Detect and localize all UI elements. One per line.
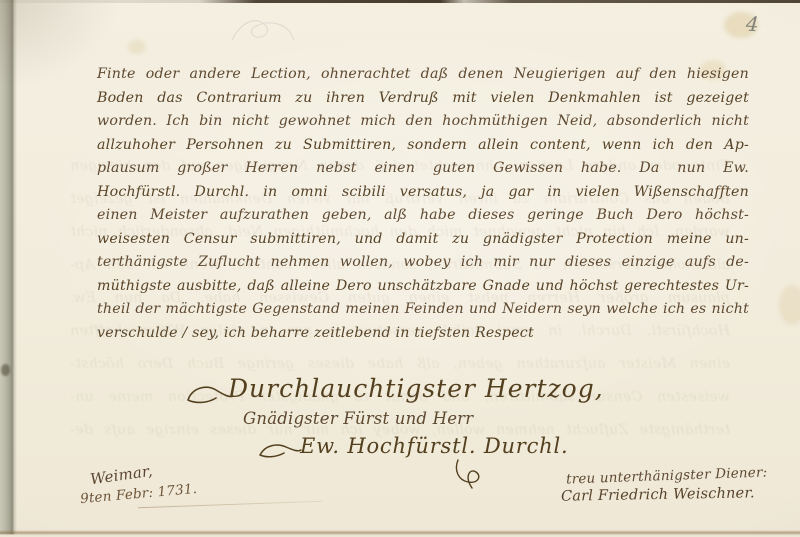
letter-line: Boden das Contrarium zu ihren Verdruß mi… [97, 87, 749, 111]
letter-line: verschulde / sey, ich beharre zeitlebend… [97, 322, 749, 346]
page-number: 4 [745, 12, 759, 37]
letter-line: müthigste ausbitte, daß alleine Dero uns… [97, 275, 749, 299]
letter-body: Finte oder andere Lection, ohnerachtet d… [97, 63, 749, 345]
signature-name: Carl Friedrich Weischner. [561, 485, 755, 504]
letter-line: Hochfürstl. Durchl. in omni scibili vers… [97, 181, 749, 205]
dateline-flourish-rule [138, 501, 323, 508]
page-top-edge [0, 0, 800, 3]
letter-line: allzuhoher Persohnen zu Submittiren, son… [97, 134, 749, 158]
calligraphic-swash [186, 384, 234, 406]
letter-line: theil der mächtigste Gegenstand meinen F… [97, 298, 749, 322]
foxing-stain [128, 40, 146, 54]
pencil-scribble [228, 14, 298, 44]
edge-speck [1, 364, 10, 376]
letter-line: plausum großer Herren nebst einen guten … [97, 157, 749, 181]
closing-salutation: Durchlauchtigster Hertzog, [228, 374, 604, 403]
dateline-place: Weimar, [89, 462, 154, 489]
letter-line: einen Meister aufzurathen geben, alß hab… [97, 204, 749, 228]
letter-line: worden. Ich bin nicht gewohnet mich den … [97, 110, 749, 134]
letter-line: Finte oder andere Lection, ohnerachtet d… [97, 63, 749, 87]
calligraphic-flourish [452, 458, 486, 492]
manuscript-scan: 4 Finte oder andere Lection, ohnerachtet… [0, 0, 800, 537]
letter-line: weisesten Censur submittiren, und damit … [97, 228, 749, 252]
closing-address: Gnädigster Fürst und Herr [243, 409, 473, 428]
letter-line: terthänigste Zuflucht nehmen wollen, wob… [97, 251, 749, 275]
page-bottom-edge [0, 530, 800, 537]
calligraphic-swash [258, 442, 302, 460]
closing-title: Ew. Hochfürstl. Durchl. [300, 434, 569, 458]
foxing-stain [779, 285, 800, 325]
signature-role: treu unterthänigster Diener: [566, 464, 768, 487]
